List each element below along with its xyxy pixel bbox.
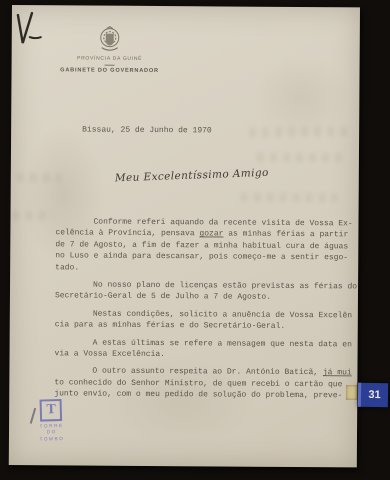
letterhead-office: GABINETE DO GOVERNADOR (30, 67, 190, 74)
ink-bleedthrough (257, 153, 345, 163)
scanned-letter-page: PROVÍNCIA DA GUINÉ GABINETE DO GOVERNADO… (0, 0, 390, 480)
letter-line: via a Vossa Excelência. (55, 348, 351, 361)
paragraph: Nestas condições, solicito a anuência de… (55, 308, 351, 333)
coat-of-arms-icon (98, 26, 122, 53)
letter-line: cia para as minhas férias e do Secretári… (55, 319, 351, 332)
letter-line: junto envio, com o meu pedido de solução… (54, 388, 350, 401)
paragraph: Conforme referi aquando da recente visit… (55, 216, 351, 275)
aging-stain (231, 37, 372, 158)
stamp-initial: T (40, 399, 63, 422)
letter-line: no Luso e ainda para descansar, pois com… (55, 250, 351, 263)
stamp-line: DO (39, 429, 64, 435)
paper-sheet: PROVÍNCIA DA GUINÉ GABINETE DO GOVERNADO… (9, 5, 360, 467)
paragraph: O outro assunto respeita ao Dr. António … (54, 366, 350, 402)
handwritten-salutation: Meu Excelentíssimo Amigo (115, 166, 285, 184)
letterhead-province: PROVÍNCIA DA GUINÉ (30, 55, 190, 62)
torre-do-tombo-stamp: T TORRE DO TOMBO (39, 399, 65, 441)
paragraph: No nosso plano de licenças estão previst… (55, 279, 351, 304)
ink-bleedthrough (17, 173, 61, 182)
paragraph: A estas últimas se refere a mensagem que… (55, 337, 351, 362)
letterhead-rule (105, 64, 115, 65)
page-edge-sliver (346, 385, 357, 400)
stamp-line: TOMBO (40, 435, 65, 441)
ink-bleedthrough (12, 211, 52, 220)
letterhead: PROVÍNCIA DA GUINÉ GABINETE DO GOVERNADO… (30, 25, 190, 74)
stamp-line: TORRE (39, 422, 64, 428)
letter-line: Secretário-Geral de 5 de Julho a 7 de Ag… (55, 291, 351, 304)
dateline: Bissau, 25 de Junho de 1970 (82, 125, 212, 135)
ink-bleedthrough (249, 126, 349, 137)
pen-stroke (30, 408, 36, 424)
letter-body: Conforme referi aquando da recente visit… (54, 216, 351, 408)
ink-bleedthrough (241, 193, 337, 203)
letter-line: tado. (55, 262, 351, 275)
folio-number-tab: 31 (358, 383, 388, 408)
